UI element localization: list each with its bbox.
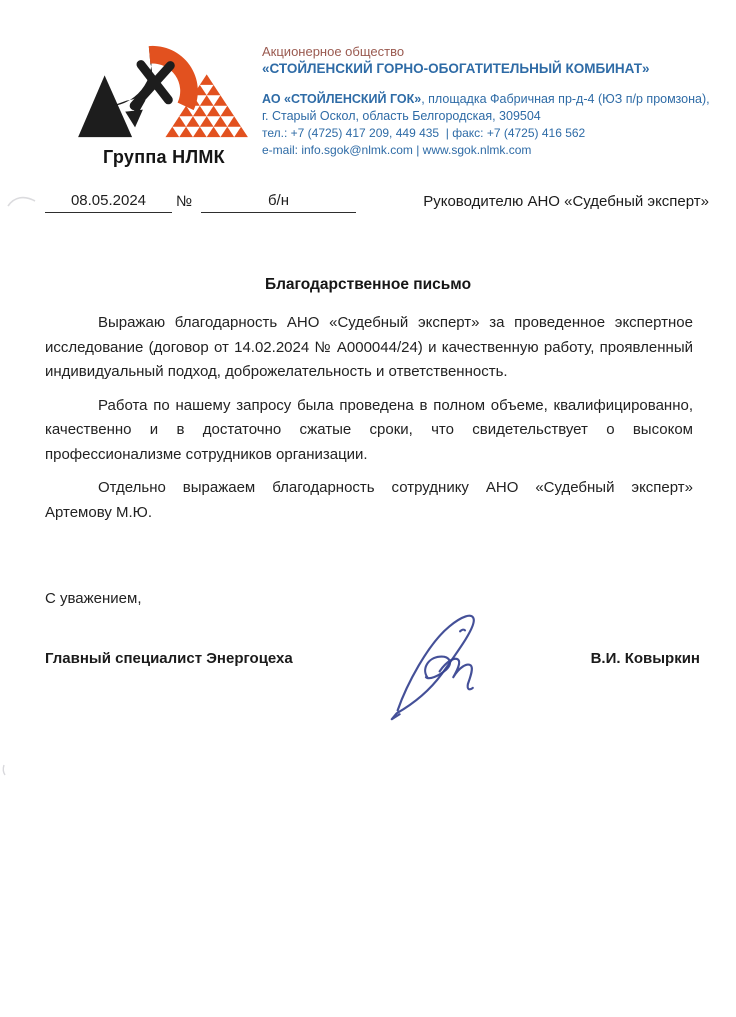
phone-fax-line: тел.: +7 (4725) 417 209, 449 435 | факс:… [262, 125, 724, 142]
letterhead-info: Акционерное общество «СТОЙЛЕНСКИЙ ГОРНО-… [262, 44, 724, 158]
handwritten-signature [383, 601, 505, 728]
address-line-2: г. Старый Оскол, область Белгородская, 3… [262, 108, 724, 125]
address-tail: , площадка Фабричная пр-д-4 (ЮЗ п/р пром… [421, 92, 709, 106]
org-type: Акционерное общество [262, 44, 724, 60]
letter-number-field: б/н [201, 191, 356, 213]
closing-salutation: С уважением, [45, 590, 142, 607]
signer-name: В.И. Ковыркин [591, 650, 700, 667]
paragraph-2: Работа по нашему запросу была проведена … [45, 394, 693, 468]
logo-mosaic [165, 74, 247, 137]
scan-artifact-smudge [6, 194, 38, 210]
paragraph-3-line-1: Отдельно выражаем благодарность сотрудни… [45, 476, 693, 501]
letter-page: Группа НЛМК Акционерное общество «СТОЙЛЕ… [0, 0, 736, 1017]
scan-artifact-tick [1, 764, 7, 776]
paragraph-1: Выражаю благодарность АНО «Судебный эксп… [45, 311, 693, 385]
logo-mountain-icon [78, 75, 132, 137]
logo-caption: Группа НЛМК [75, 147, 253, 168]
letter-date-field: 08.05.2024 [45, 191, 172, 213]
nlmk-logo-graphic [78, 40, 250, 146]
number-sign-label: № [176, 193, 192, 210]
signer-title: Главный специалист Энергоцеха [45, 650, 293, 667]
org-name: «СТОЙЛЕНСКИЙ ГОРНО-ОБОГАТИТЕЛЬНЫЙ КОМБИН… [262, 60, 724, 77]
letter-body: Выражаю благодарность АНО «Судебный эксп… [45, 311, 693, 525]
nlmk-logo [78, 40, 250, 146]
shovel-blade-icon [125, 110, 143, 128]
addressee: Руководителю АНО «Судебный эксперт» [423, 193, 709, 210]
email-web-line: e-mail: info.sgok@nlmk.com | www.sgok.nl… [262, 142, 724, 159]
paragraph-3-line-2: Артемову М.Ю. [45, 501, 693, 526]
letter-title: Благодарственное письмо [0, 276, 736, 294]
company-short: АО «СТОЙЛЕНСКИЙ ГОК» [262, 92, 421, 106]
pickaxe-icon [134, 65, 170, 116]
address-line-1: АО «СТОЙЛЕНСКИЙ ГОК», площадка Фабричная… [262, 91, 724, 108]
